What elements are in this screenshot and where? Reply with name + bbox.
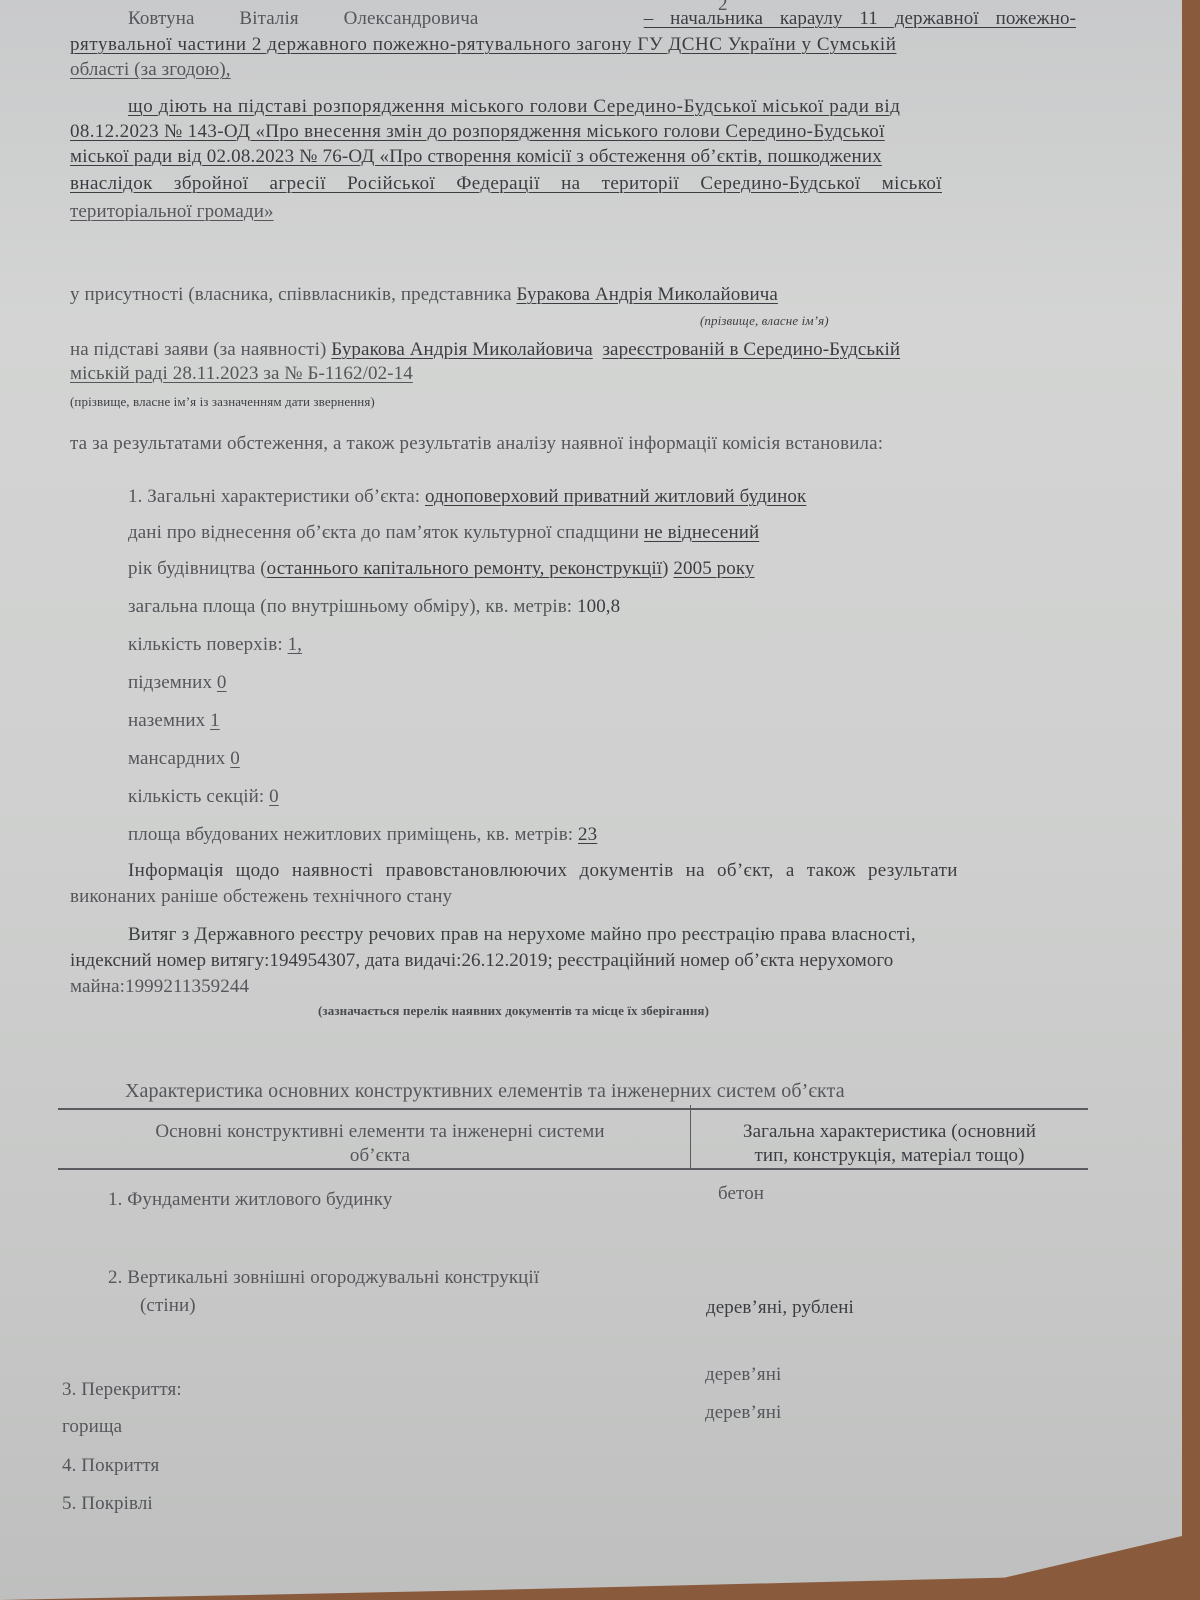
general-label: 1. Загальні характеристики об’єкта: — [128, 486, 425, 507]
general-value: одноповерховий приватний житловий будино… — [425, 486, 806, 507]
floors-line: кількість поверхів: 1, — [128, 634, 302, 656]
presence-prefix: у присутності (власника, співвласників, … — [70, 284, 516, 305]
area-line: загальна площа (по внутрішньому обміру),… — [128, 596, 620, 618]
area-label: загальна площа (по внутрішньому обміру),… — [128, 596, 577, 617]
year-line: рік будівництва (останнього капітального… — [128, 558, 755, 580]
nonres-value: 23 — [578, 824, 597, 845]
heritage-value: не віднесений — [644, 522, 759, 543]
presence-hint: (прізвище, власне ім’я) — [700, 313, 829, 329]
col2-header-line-1: Загальна характеристика (основний — [692, 1120, 1087, 1144]
attic-line: мансардних 0 — [128, 748, 240, 770]
basis-line-2: 08.12.2023 № 143-ОД «Про внесення змін д… — [70, 121, 885, 143]
sections-value: 0 — [269, 786, 279, 807]
table-row-2-element: 2. Вертикальні зовнішні огороджувальні к… — [108, 1267, 539, 1289]
basis-line-3: міської ради від 02.08.2023 № 76-ОД «Про… — [70, 146, 882, 168]
attic-label: мансардних — [128, 748, 230, 769]
presence-line: у присутності (власника, співвласників, … — [70, 284, 778, 306]
document-page: 2 Ковтуна Віталія Олександровича – начал… — [0, 0, 1182, 1600]
aboveground-line: наземних 1 — [128, 710, 220, 732]
area-value: 100,8 — [577, 596, 620, 617]
table-row-2-element-line-2: (стіни) — [140, 1295, 196, 1317]
col2-header-line-2: тип, конструкція, матеріал тощо) — [692, 1144, 1087, 1168]
nonresidential-line: площа вбудованих нежитлових приміщень, к… — [128, 824, 597, 846]
registered-text: зареєстрованій в Середино-Будській — [602, 339, 900, 360]
sections-line: кількість секцій: 0 — [128, 786, 279, 808]
basis-line-1: що діють на підставі розпорядження міськ… — [128, 96, 901, 118]
extract-line-3: майна:1999211359244 — [70, 976, 249, 998]
basis-text-1: що діють на підставі розпорядження міськ… — [128, 96, 901, 117]
documents-info-line-2: виконаних раніше обстежень технічного ст… — [70, 886, 452, 908]
extract-line-1: Витяг з Державного реєстру речових прав … — [128, 924, 916, 946]
application-prefix: на підставі заяви (за наявності) — [70, 339, 331, 360]
aboveground-label: наземних — [128, 710, 210, 731]
table-header-elements: Основні конструктивні елементи та інжене… — [70, 1120, 690, 1168]
member-name: Ковтуна Віталія Олександровича — [70, 8, 478, 30]
underground-line: підземних 0 — [128, 672, 227, 694]
table-top-border — [58, 1108, 1088, 1110]
floors-value: 1, — [288, 634, 302, 655]
intro-line-3: області (за згодою), — [70, 59, 231, 81]
basis-line-5: територіальної громади» — [70, 201, 274, 223]
table-row-1-element: 1. Фундаменти житлового будинку — [108, 1189, 392, 1211]
underground-value: 0 — [217, 672, 227, 693]
table-header-bottom-border — [58, 1168, 1088, 1170]
table-column-divider — [690, 1105, 691, 1169]
heritage-line: дані про віднесення об’єкта до пам’яток … — [128, 522, 759, 544]
year-value: 2005 року — [673, 558, 754, 579]
sections-label: кількість секцій: — [128, 786, 269, 807]
year-label: рік будівництва ( — [128, 558, 267, 579]
application-line-1: на підставі заяви (за наявності) Бураков… — [70, 339, 900, 361]
owner-name: Буракова Андрія Миколайовича — [516, 284, 777, 305]
floors-label: кількість поверхів: — [128, 634, 288, 655]
underground-label: підземних — [128, 672, 217, 693]
year-label-underlined: останнього капітального ремонту, реконст… — [267, 558, 662, 579]
findings-intro: та за результатами обстеження, а також р… — [70, 433, 883, 455]
table-row-3-value: дерев’яні — [705, 1364, 781, 1386]
col1-header-line-2: об’єкта — [70, 1144, 690, 1168]
attic-value: 0 — [230, 748, 240, 769]
table-title: Характеристика основних конструктивних е… — [125, 1080, 845, 1103]
nonres-label: площа вбудованих нежитлових приміщень, к… — [128, 824, 578, 845]
application-line-2: міській раді 28.11.2023 за № Б-1162/02-1… — [70, 363, 413, 385]
general-characteristics: 1. Загальні характеристики об’єкта: одно… — [128, 486, 806, 508]
table-row-1-value: бетон — [718, 1183, 764, 1205]
applicant-name: Буракова Андрія Миколайовича — [331, 339, 592, 360]
basis-line-4: внаслідок збройної агресії Російської Фе… — [70, 173, 942, 195]
table-row-2-value: дерев’яні, рублені — [706, 1297, 854, 1319]
year-label-end: ) — [662, 558, 673, 579]
member-role: – начальника караулу 11 державної пожежн… — [644, 8, 1076, 30]
extract-hint: (зазначається перелік наявних документів… — [318, 1003, 709, 1019]
documents-info-line-1: Інформація щодо наявності правовстановлю… — [128, 860, 958, 882]
aboveground-value: 1 — [210, 710, 220, 731]
table-header-characteristics: Загальна характеристика (основний тип, к… — [692, 1120, 1087, 1168]
table-row-4-element: горища — [62, 1416, 122, 1438]
table-row-5-element: 4. Покриття — [62, 1455, 159, 1477]
table-row-4-value: дерев’яні — [705, 1402, 781, 1424]
table-row-3-element: 3. Перекриття: — [62, 1379, 182, 1401]
intro-line-2: рятувальної частини 2 державного пожежно… — [70, 34, 896, 56]
col1-header-line-1: Основні конструктивні елементи та інжене… — [70, 1120, 690, 1144]
heritage-label: дані про віднесення об’єкта до пам’яток … — [128, 522, 644, 543]
table-row-6-element: 5. Покрівлі — [62, 1493, 153, 1515]
extract-line-2: індексний номер витягу:194954307, дата в… — [70, 950, 893, 972]
application-hint: (прізвище, власне ім’я із зазначенням да… — [70, 394, 375, 410]
intro-line-1: Ковтуна Віталія Олександровича – начальн… — [70, 8, 1076, 30]
